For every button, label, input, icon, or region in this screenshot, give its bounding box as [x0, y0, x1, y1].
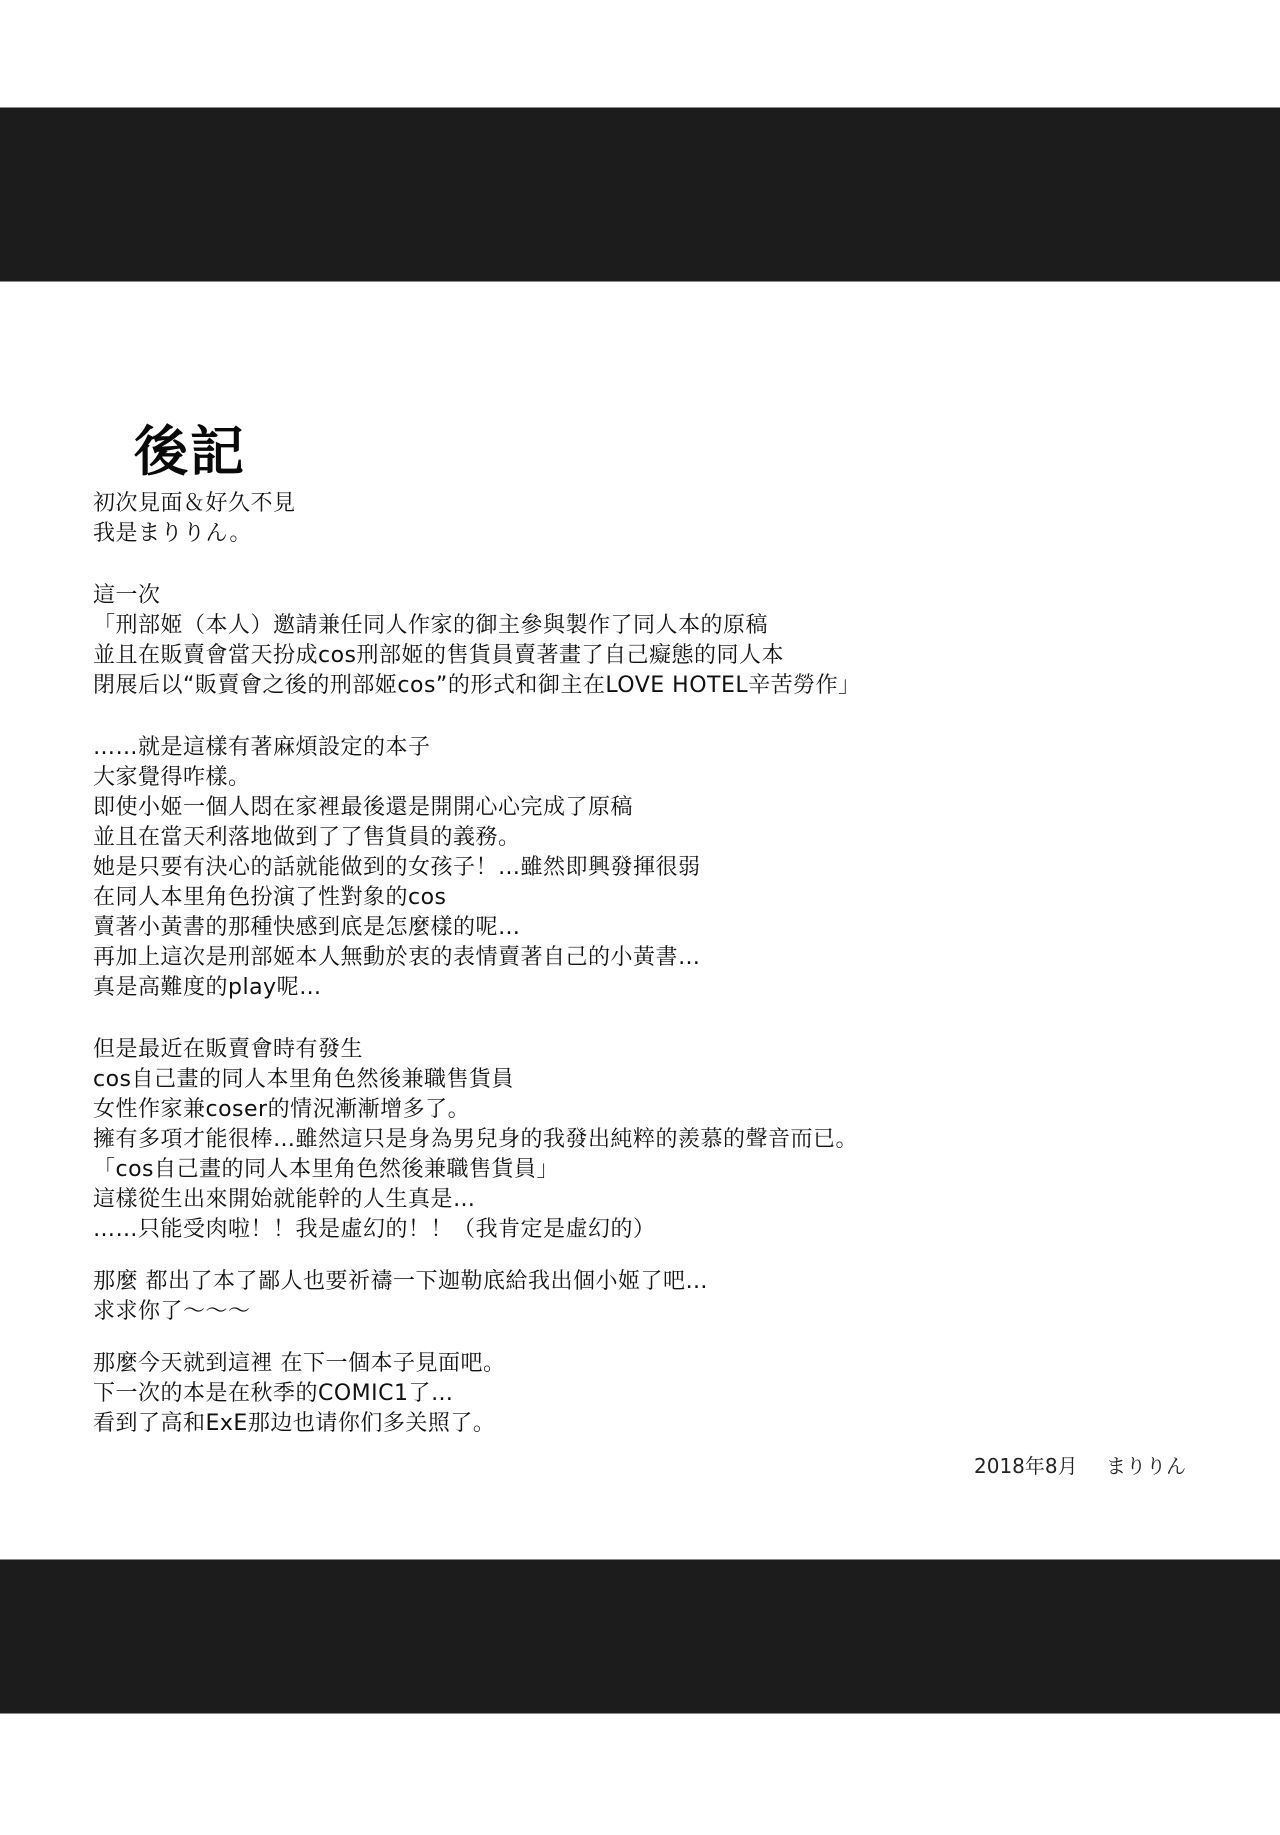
text-line: 女性作家兼coser的情況漸漸增多了。	[93, 1095, 1193, 1125]
text-line: 大家覺得咋樣。	[93, 763, 1193, 793]
text-line: ……就是這樣有著麻煩設定的本子	[93, 733, 1193, 763]
text-line: 我是まりりん。	[93, 519, 1193, 549]
text-line: 初次見面＆好久不見	[93, 489, 1193, 519]
text-line: 閉展后以“販賣會之後的刑部姬cos”的形式和御主在LOVE HOTEL辛苦勞作」	[93, 671, 1193, 701]
text-line: 求求你了～～～	[93, 1297, 1193, 1327]
signature-date: 2018年8月	[974, 1454, 1078, 1478]
text-line: ……只能受肉啦！！我是虛幻的！！（我肯定是虛幻的）	[93, 1215, 1193, 1245]
text-line: 「刑部姬（本人）邀請兼任同人作家的御主參與製作了同人本的原稿	[93, 611, 1193, 641]
text-line: 這一次	[93, 581, 1193, 611]
paragraph-premise: 這一次 「刑部姬（本人）邀請兼任同人作家的御主參與製作了同人本的原稿 並且在販賣…	[93, 581, 1193, 701]
text-line: 看到了高和ExE那边也请你们多关照了。	[93, 1409, 1193, 1439]
text-line: 擁有多項才能很棒…雖然這只是身為男兒身的我發出純粹的羨慕的聲音而已。	[93, 1125, 1193, 1155]
text-line: 並且在當天利落地做到了了售貨員的義務。	[93, 823, 1193, 853]
top-black-bar	[0, 107, 1280, 282]
text-line: 即使小姬一個人悶在家裡最後還是開開心心完成了原稿	[93, 793, 1193, 823]
paragraph-closing: 那麼今天就到這裡 在下一個本子見面吧。 下一次的本是在秋季的COMIC1了… 看…	[93, 1349, 1193, 1439]
text-line: 「cos自己畫的同人本里角色然後兼職售貨員」	[93, 1155, 1193, 1185]
text-line: 那麼 都出了本了鄙人也要祈禱一下迦勒底給我出個小姬了吧…	[93, 1267, 1193, 1297]
text-line: 在同人本里角色扮演了性對象的cos	[93, 883, 1193, 913]
text-line: cos自己畫的同人本里角色然後兼職售貨員	[93, 1065, 1193, 1095]
page-title: 後記	[134, 420, 246, 484]
paragraph-reflection: ……就是這樣有著麻煩設定的本子 大家覺得咋樣。 即使小姬一個人悶在家裡最後還是開…	[93, 733, 1193, 1003]
signature: 2018年8月 まりりん	[974, 1452, 1186, 1480]
text-line: 賣著小黃書的那種快感到底是怎麼樣的呢…	[93, 913, 1193, 943]
text-line: 但是最近在販賣會時有發生	[93, 1035, 1193, 1065]
paragraph-trend: 但是最近在販賣會時有發生 cos自己畫的同人本里角色然後兼職售貨員 女性作家兼c…	[93, 1035, 1193, 1245]
signature-author: まりりん	[1106, 1454, 1186, 1478]
afterword-body: 初次見面＆好久不見 我是まりりん。 這一次 「刑部姬（本人）邀請兼任同人作家的御…	[93, 489, 1193, 1439]
text-line: 真是高難度的play呢…	[93, 973, 1193, 1003]
paragraph-greeting: 初次見面＆好久不見 我是まりりん。	[93, 489, 1193, 549]
text-line: 那麼今天就到這裡 在下一個本子見面吧。	[93, 1349, 1193, 1379]
bottom-black-bar	[0, 1559, 1280, 1714]
paragraph-prayer: 那麼 都出了本了鄙人也要祈禱一下迦勒底給我出個小姬了吧… 求求你了～～～	[93, 1267, 1193, 1327]
text-line: 她是只要有決心的話就能做到的女孩子！…雖然即興發揮很弱	[93, 853, 1193, 883]
text-line: 並且在販賣會當天扮成cos刑部姬的售貨員賣著畫了自己癡態的同人本	[93, 641, 1193, 671]
text-line: 再加上這次是刑部姬本人無動於衷的表情賣著自己的小黃書…	[93, 943, 1193, 973]
text-line: 這樣從生出來開始就能幹的人生真是…	[93, 1185, 1193, 1215]
text-line: 下一次的本是在秋季的COMIC1了…	[93, 1379, 1193, 1409]
